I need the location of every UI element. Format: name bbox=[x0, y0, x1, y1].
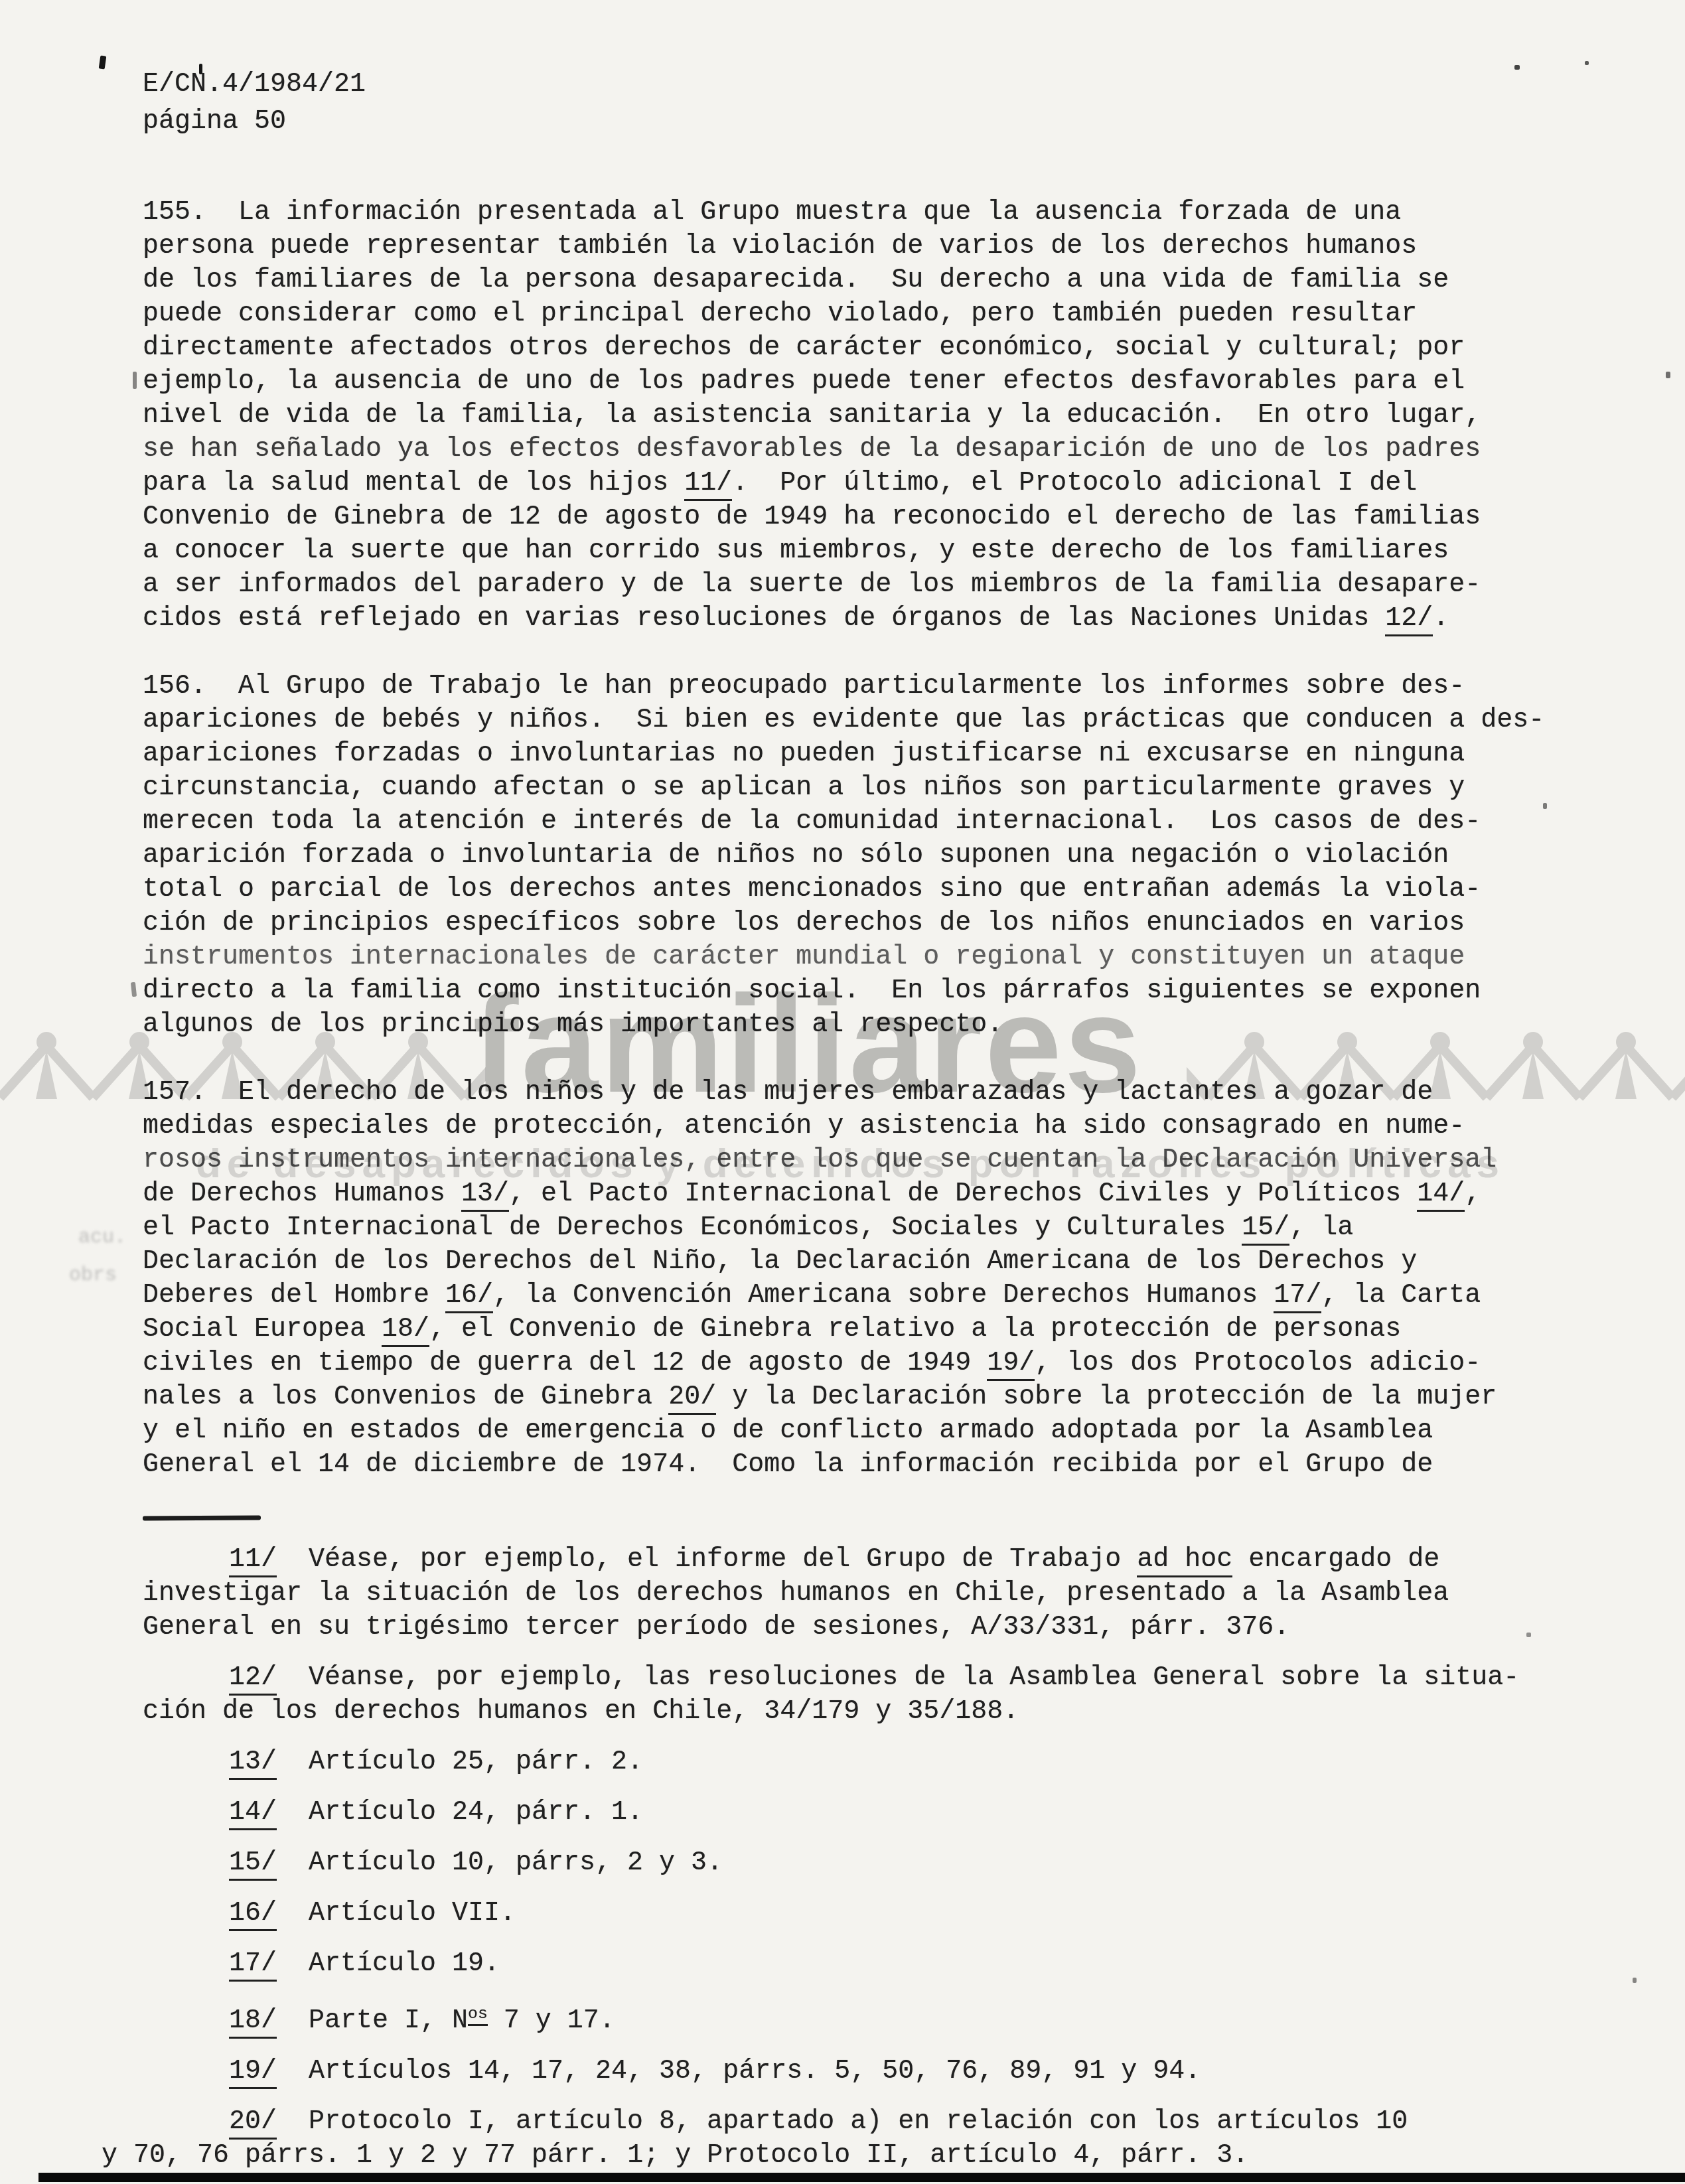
text-line: total o parcial de los derechos antes me… bbox=[143, 873, 1645, 907]
text-line: 12/ Véanse, por ejemplo, las resolucione… bbox=[143, 1661, 1645, 1695]
footnote-11: 11/ Véase, por ejemplo, el informe del G… bbox=[143, 1543, 1645, 1644]
text-line: merecen toda la atención e interés de la… bbox=[143, 805, 1645, 839]
text-line: se han señalado ya los efectos desfavora… bbox=[143, 433, 1645, 467]
text-line: ción de principios específicos sobre los… bbox=[143, 907, 1645, 940]
paragraph-155: 155. La información presentada al Grupo … bbox=[143, 196, 1645, 636]
text-line: Deberes del Hombre 16/, la Convención Am… bbox=[143, 1279, 1645, 1313]
text-line: nivel de vida de la familia, la asistenc… bbox=[143, 399, 1645, 433]
text-line: aparición forzada o involuntaria de niño… bbox=[143, 839, 1645, 873]
ink-speck bbox=[199, 64, 202, 74]
paragraph-156: 156. Al Grupo de Trabajo le han preocupa… bbox=[143, 670, 1645, 1042]
footnote-14: 14/ Artículo 24, párr. 1. bbox=[143, 1796, 1645, 1830]
text-line: 19/ Artículos 14, 17, 24, 38, párrs. 5, … bbox=[143, 2055, 1645, 2088]
document-number: E/CN.4/1984/21 bbox=[143, 66, 366, 104]
scanned-document-page: E/CN.4/1984/21 página 50 155. La informa… bbox=[0, 0, 1685, 2184]
text-line: ejemplo, la ausencia de uno de los padre… bbox=[143, 365, 1645, 399]
text-line: directamente afectados otros derechos de… bbox=[143, 331, 1645, 365]
text-line: 11/ Véase, por ejemplo, el informe del G… bbox=[143, 1543, 1645, 1577]
ink-speck bbox=[133, 372, 137, 389]
ink-speck bbox=[1543, 803, 1547, 809]
text-line: 156. Al Grupo de Trabajo le han preocupa… bbox=[143, 670, 1645, 703]
text-line: nales a los Convenios de Ginebra 20/ y l… bbox=[143, 1380, 1645, 1414]
footnote-12: 12/ Véanse, por ejemplo, las resolucione… bbox=[143, 1661, 1645, 1729]
text-line: directo a la familia como institución so… bbox=[143, 974, 1645, 1008]
text-line: persona puede representar también la vio… bbox=[143, 230, 1645, 263]
text-line: medidas especiales de protección, atenci… bbox=[143, 1110, 1645, 1143]
text-line: de Derechos Humanos 13/, el Pacto Intern… bbox=[143, 1177, 1645, 1211]
text-line: 18/ Parte I, Nos 7 y 17. bbox=[143, 1998, 1645, 2038]
text-line: General el 14 de diciembre de 1974. Como… bbox=[143, 1448, 1645, 1482]
footnote-15: 15/ Artículo 10, párrs, 2 y 3. bbox=[143, 1846, 1645, 1880]
footnote-13: 13/ Artículo 25, párr. 2. bbox=[143, 1745, 1645, 1779]
text-line: Declaración de los Derechos del Niño, la… bbox=[143, 1245, 1645, 1279]
margin-smudge: acu. bbox=[78, 1226, 126, 1249]
text-line: de los familiares de la persona desapare… bbox=[143, 263, 1645, 297]
text-line: 14/ Artículo 24, párr. 1. bbox=[143, 1796, 1645, 1830]
text-line: Social Europea 18/, el Convenio de Gineb… bbox=[143, 1313, 1645, 1347]
text-line: el Pacto Internacional de Derechos Econó… bbox=[143, 1211, 1645, 1245]
text-line: investigar la situación de los derechos … bbox=[143, 1577, 1645, 1611]
text-line: a conocer la suerte que han corrido sus … bbox=[143, 534, 1645, 568]
margin-smudge: obrs bbox=[69, 1264, 117, 1287]
text-line: Convenio de Ginebra de 12 de agosto de 1… bbox=[143, 500, 1645, 534]
page-number-label: página 50 bbox=[143, 104, 366, 141]
ink-speck bbox=[1526, 1633, 1531, 1637]
text-line: civiles en tiempo de guerra del 12 de ag… bbox=[143, 1347, 1645, 1380]
text-line: y 70, 76 párrs. 1 y 2 y 77 párr. 1; y Pr… bbox=[102, 2139, 1645, 2173]
text-line: apariciones de bebés y niños. Si bien es… bbox=[143, 703, 1645, 737]
text-line: 20/ Protocolo I, artículo 8, apartado a)… bbox=[143, 2105, 1645, 2139]
text-line: 157. El derecho de los niños y de las mu… bbox=[143, 1076, 1645, 1110]
scan-black-bar bbox=[38, 2173, 1685, 2182]
ink-speck bbox=[99, 55, 107, 69]
text-line: apariciones forzadas o involuntarias no … bbox=[143, 737, 1645, 771]
text-line: 13/ Artículo 25, párr. 2. bbox=[143, 1745, 1645, 1779]
ink-speck bbox=[1585, 61, 1589, 65]
text-line: 17/ Artículo 19. bbox=[143, 1947, 1645, 1981]
ink-speck bbox=[1666, 372, 1670, 378]
footnote-17: 17/ Artículo 19. bbox=[143, 1947, 1645, 1981]
ink-speck bbox=[1514, 65, 1520, 70]
text-line: 16/ Artículo VII. bbox=[143, 1897, 1645, 1930]
footnote-separator-rule bbox=[143, 1516, 261, 1521]
text-line: algunos de los principios más importante… bbox=[143, 1008, 1645, 1042]
text-line: puede considerar como el principal derec… bbox=[143, 297, 1645, 331]
text-line: rosos instrumentos internacionales, entr… bbox=[143, 1143, 1645, 1177]
document-body: 155. La información presentada al Grupo … bbox=[143, 196, 1645, 2173]
footnote-20: 20/ Protocolo I, artículo 8, apartado a)… bbox=[143, 2105, 1645, 2173]
ink-speck bbox=[1633, 1978, 1637, 1983]
text-line: 15/ Artículo 10, párrs, 2 y 3. bbox=[143, 1846, 1645, 1880]
text-line: ción de los derechos humanos en Chile, 3… bbox=[143, 1695, 1645, 1729]
text-line: 155. La información presentada al Grupo … bbox=[143, 196, 1645, 230]
text-line: para la salud mental de los hijos 11/. P… bbox=[143, 467, 1645, 500]
footnote-16: 16/ Artículo VII. bbox=[143, 1897, 1645, 1930]
ink-speck bbox=[131, 982, 137, 997]
paragraph-157: 157. El derecho de los niños y de las mu… bbox=[143, 1076, 1645, 1482]
footnote-18: 18/ Parte I, Nos 7 y 17. bbox=[143, 1998, 1645, 2038]
footnote-19: 19/ Artículos 14, 17, 24, 38, párrs. 5, … bbox=[143, 2055, 1645, 2088]
text-line: a ser informados del paradero y de la su… bbox=[143, 568, 1645, 602]
text-line: instrumentos internacionales de carácter… bbox=[143, 940, 1645, 974]
text-line: cidos está reflejado en varias resolucio… bbox=[143, 602, 1645, 636]
text-line: circunstancia, cuando afectan o se aplic… bbox=[143, 771, 1645, 805]
document-header: E/CN.4/1984/21 página 50 bbox=[143, 66, 366, 141]
text-line: y el niño en estados de emergencia o de … bbox=[143, 1414, 1645, 1448]
text-line: General en su trigésimo tercer período d… bbox=[143, 1611, 1645, 1644]
